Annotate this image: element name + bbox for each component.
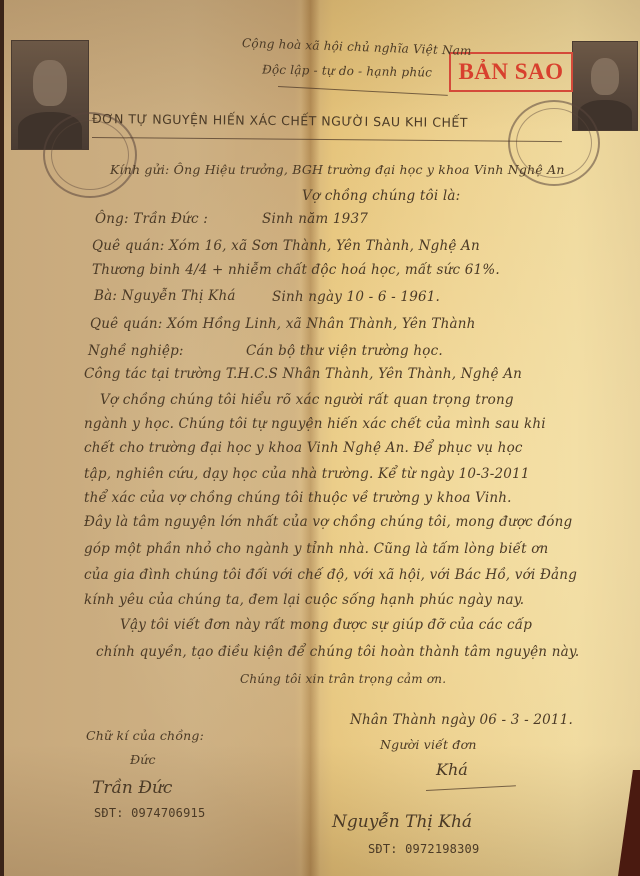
writer-phone: SĐT: 0972198309 [368, 842, 479, 856]
body-line: chết cho trường đại học y khoa Vinh Nghệ… [84, 440, 523, 456]
body-line: Đây là tâm nguyện lớn nhất của vợ chồng … [84, 514, 572, 530]
husband-name-short: Đức [130, 752, 156, 767]
copy-stamp: BẢN SAO [449, 52, 573, 92]
body-line: Vậy tôi viết đơn này rất mong được sự gi… [120, 617, 532, 633]
writer-full-name: Nguyễn Thị Khá [332, 812, 472, 832]
wife-workplace: Công tác tại trường T.H.C.S Nhân Thành, … [84, 366, 522, 382]
date-place: Nhân Thành ngày 06 - 3 - 2011. [350, 712, 573, 728]
wife-hometown: Quê quán: Xóm Hồng Linh, xã Nhân Thành, … [90, 316, 476, 332]
husband-signature: Trần Đức [92, 778, 172, 798]
body-line: của gia đình chúng tôi đối với chế độ, v… [84, 567, 577, 583]
body-line: ngành y học. Chúng tôi tự nguyện hiến xá… [84, 416, 546, 432]
writer-label: Người viết đơn [380, 737, 477, 752]
wife-job: Cán bộ thư viện trường học. [246, 343, 443, 359]
writer-signature-mark: Khá [436, 760, 468, 779]
husband-hometown: Quê quán: Xóm 16, xã Sơn Thành, Yên Thàn… [92, 238, 480, 254]
addressee-line: Kính gửi: Ông Hiệu trưởng, BGH trường đạ… [110, 162, 565, 177]
wife-birth: Sinh ngày 10 - 6 - 1961. [272, 289, 440, 305]
body-line: kính yêu của chúng ta, đem lại cuộc sống… [84, 592, 524, 608]
body-line: thể xác của vợ chồng chúng tôi thuộc về … [84, 490, 512, 506]
national-header-line2: Độc lập - tự do - hạnh phúc [262, 63, 432, 80]
husband-name: Ông: Trần Đức : [95, 211, 208, 227]
page-edge [0, 0, 4, 876]
wife-name: Bà: Nguyễn Thị Khá [94, 288, 236, 304]
husband-birth: Sinh năm 1937 [262, 211, 368, 227]
closing-line: Chúng tôi xin trân trọng cảm ơn. [240, 672, 446, 686]
husband-status: Thương binh 4/4 + nhiễm chất độc hoá học… [92, 262, 500, 278]
body-line: Vợ chồng chúng tôi hiểu rõ xác người rất… [100, 392, 514, 408]
body-line: tập, nghiên cứu, dạy học của nhà trường.… [84, 466, 530, 482]
body-line: góp một phần nhỏ cho ngành y tỉnh nhà. C… [84, 541, 548, 557]
intro-line: Vợ chồng chúng tôi là: [302, 188, 460, 204]
husband-signature-label: Chữ kí của chồng: [86, 728, 204, 743]
husband-phone: SĐT: 0974706915 [94, 806, 205, 820]
wife-job-label: Nghề nghiệp: [88, 343, 184, 359]
body-line: chính quyền, tạo điều kiện để chúng tôi … [96, 644, 579, 660]
